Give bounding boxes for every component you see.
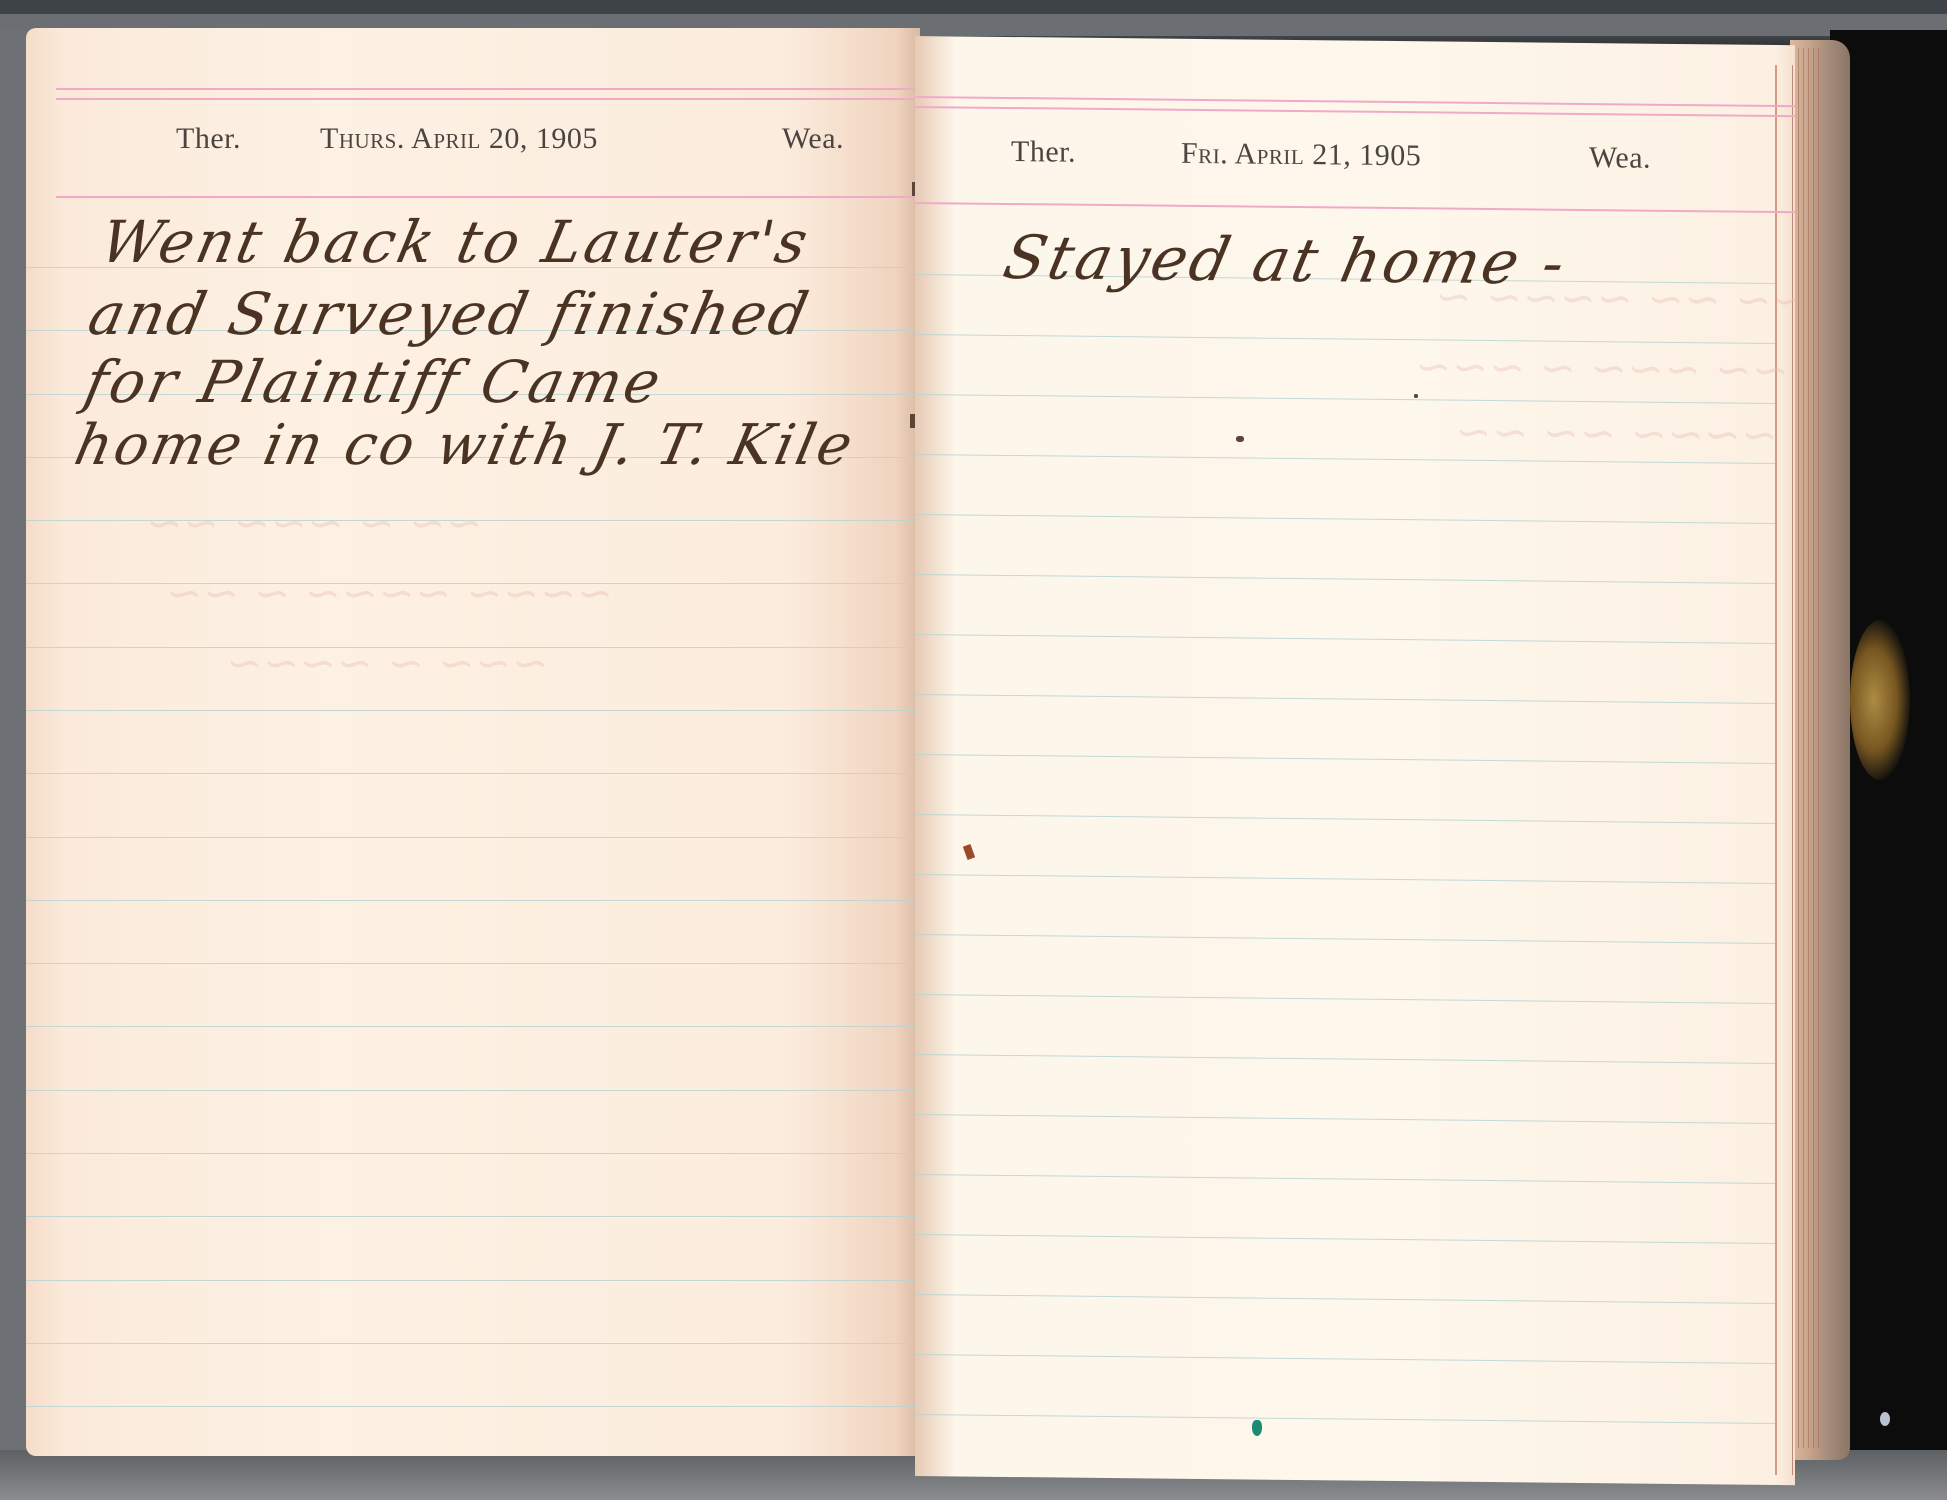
ruled-line	[26, 1090, 920, 1091]
wea-label: Wea.	[782, 122, 844, 156]
ruled-line	[26, 1406, 920, 1407]
ruled-line	[915, 1294, 1775, 1304]
ther-label: Ther.	[176, 122, 241, 156]
entry-line-3: for Plaintiff Came	[79, 348, 670, 416]
ruled-line	[26, 963, 920, 964]
cover-ornament	[1850, 620, 1910, 780]
scanner-screw	[1880, 1412, 1890, 1426]
ruled-line	[915, 814, 1775, 824]
left-page-header: Ther. Thurs. April 20, 1905 Wea.	[176, 122, 876, 162]
ruled-line	[915, 994, 1775, 1004]
ink-speck	[1236, 436, 1244, 442]
ruled-line	[26, 900, 920, 901]
ruled-line	[26, 1343, 920, 1344]
ruled-line	[26, 1153, 920, 1154]
header-top-rule-2	[915, 106, 1795, 117]
header-bottom-rule	[56, 196, 920, 198]
ruled-line	[915, 754, 1775, 764]
ruled-line	[915, 514, 1775, 524]
header-top-rule	[56, 88, 920, 90]
entry-line-2: and Surveyed finished	[83, 280, 817, 348]
ruled-line	[915, 1054, 1775, 1064]
ruled-line	[26, 773, 920, 774]
ruled-line	[26, 1026, 920, 1027]
ruled-line	[915, 934, 1775, 944]
bleed-through-text: ~~~~ ~~ ~~	[1451, 407, 1783, 461]
ruled-line	[26, 837, 920, 838]
page-date: Fri. April 21, 1905	[1181, 137, 1421, 174]
bleed-through-text: ~~ ~~~ ~ ~~~	[1411, 341, 1794, 396]
ruled-line	[26, 1280, 920, 1281]
scanned-diary-scene: Ther. Thurs. April 20, 1905 Wea. ~~ ~ ~~…	[0, 0, 1947, 1500]
header-bottom-rule	[915, 202, 1795, 213]
ruled-line	[915, 1114, 1775, 1124]
header-top-rule-2	[56, 98, 920, 100]
ruled-line	[915, 1354, 1775, 1364]
ruled-line	[915, 634, 1775, 644]
entry-line-1: Stayed at home -	[998, 223, 1574, 299]
green-speck	[1252, 1420, 1262, 1436]
ruled-line	[915, 1414, 1775, 1424]
right-page: Ther. Fri. April 21, 1905 Wea. ~~~ ~~ ~~…	[915, 36, 1795, 1485]
ther-label: Ther.	[1011, 135, 1076, 170]
left-page: Ther. Thurs. April 20, 1905 Wea. ~~ ~ ~~…	[26, 28, 920, 1456]
scanner-top-band	[0, 0, 1947, 14]
ruled-line	[915, 874, 1775, 884]
ruled-line	[26, 1216, 920, 1217]
page-stack-lines	[1798, 48, 1822, 1448]
right-page-header: Ther. Fri. April 21, 1905 Wea.	[1011, 135, 1771, 183]
ruled-line	[915, 394, 1775, 404]
ruled-line	[915, 694, 1775, 704]
ruled-line	[915, 574, 1775, 584]
entry-line-4: home in co with J. T. Kile	[69, 413, 861, 478]
page-date: Thurs. April 20, 1905	[320, 122, 598, 156]
header-top-rule	[915, 96, 1795, 107]
entry-line-1: Went back to Lauter's	[95, 208, 817, 276]
ink-speck	[1414, 394, 1418, 398]
wea-label: Wea.	[1589, 141, 1651, 176]
bleed-through-text: ~~~ ~ ~~~~	[222, 638, 554, 689]
bleed-through-text: ~~~~ ~~~~ ~ ~~	[162, 568, 618, 619]
ruled-line	[915, 1174, 1775, 1184]
bleed-through-text: ~~ ~ ~~~ ~~	[142, 498, 488, 549]
ruled-line	[26, 710, 920, 711]
ruled-line	[915, 1234, 1775, 1244]
ruled-line	[915, 334, 1775, 344]
